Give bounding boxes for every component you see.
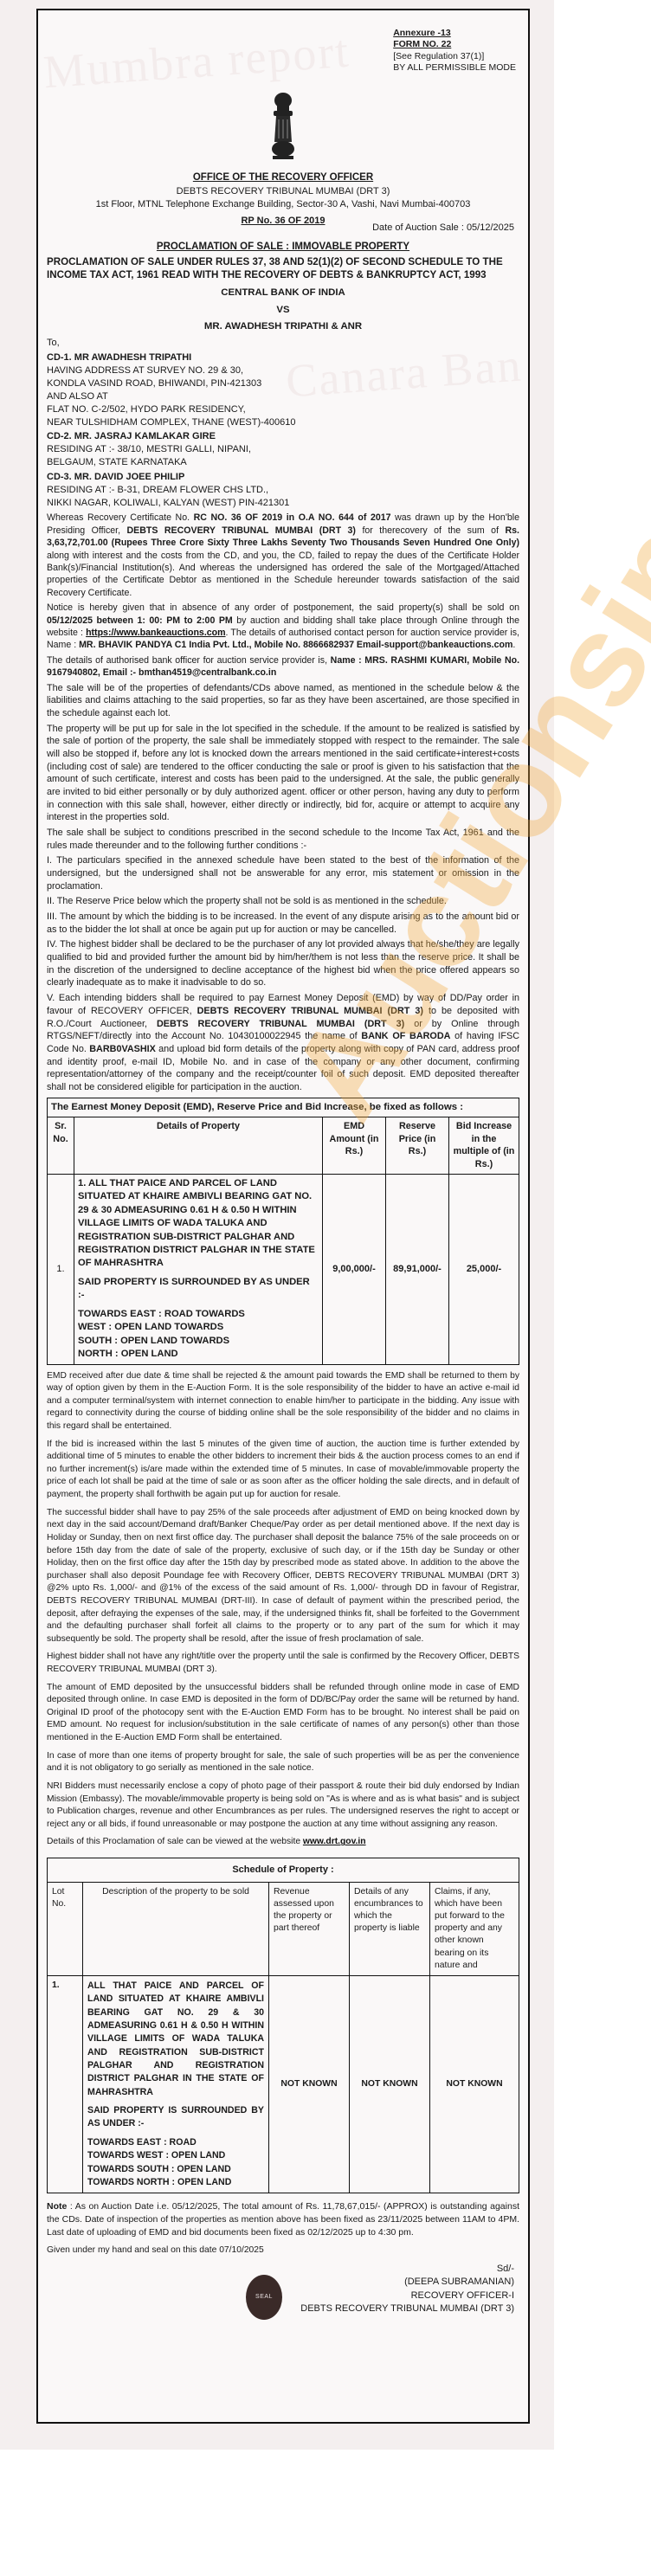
- proclamation-notice: Annexure -13 FORM NO. 22 [See Regulation…: [36, 9, 530, 2424]
- boundary-line: TOWARDS NORTH : OPEN LAND: [87, 2176, 264, 2189]
- surrounded-label: SAID PROPERTY IS SURROUNDED BY AS UNDER …: [87, 2104, 264, 2131]
- emd-amount-cell: 9,00,000/-: [323, 1174, 386, 1364]
- debtor-address-line: KONDLA VASIND ROAD, BHIWANDI, PIN-421303: [47, 377, 519, 390]
- col-revenue: Revenue assessed upon the property or pa…: [269, 1882, 350, 1975]
- property-description: ALL THAT PAICE AND PARCEL OF LAND SITUAT…: [87, 1980, 264, 2099]
- signature-block: SEAL Sd/- (DEEPA SUBRAMANIAN) RECOVERY O…: [47, 2263, 519, 2341]
- regulation-reference: [See Regulation 37(1)]: [393, 51, 516, 62]
- debtor-address-line: RESIDING AT :- 38/10, MESTRI GALLI, NIPA…: [47, 443, 519, 456]
- ifsc-code: BARB0VASHIX: [89, 1044, 156, 1054]
- put-up-paragraph: The property will be put up for sale in …: [47, 723, 519, 824]
- multiple-items-paragraph: In case of more than one items of proper…: [47, 1750, 519, 1775]
- condition-5: V. Each intending bidders shall be requi…: [47, 992, 519, 1093]
- national-emblem-icon: [266, 88, 300, 163]
- auction-website-link[interactable]: https://www.bankeauctions.com: [86, 628, 225, 638]
- condition-3: III. The amount by which the bidding is …: [47, 911, 519, 936]
- text-run: Notice is hereby given that in absence o…: [47, 602, 519, 613]
- emd-table-caption: The Earnest Money Deposit (EMD), Reserve…: [48, 1098, 519, 1117]
- boundary-line: WEST : OPEN LAND TOWARDS: [78, 1321, 319, 1334]
- defendant-name: MR. AWADHESH TRIPATHI & ANR: [47, 319, 519, 335]
- debtor-cd3: CD-3. MR. DAVID JOEE PHILIP RESIDING AT …: [47, 471, 519, 510]
- bid-increase-cell: 25,000/-: [449, 1174, 519, 1364]
- col-bid-increase: Bid Increase in the multiple of (in Rs.): [449, 1117, 519, 1175]
- details-paragraph: Details of this Proclamation of sale can…: [47, 1836, 519, 1849]
- tribunal-ref: DEBTS RECOVERY TRIBUNAL MUMBAI (DRT 3): [127, 525, 356, 536]
- reserve-price-cell: 89,91,000/-: [386, 1174, 449, 1364]
- description-cell: ALL THAT PAICE AND PARCEL OF LAND SITUAT…: [83, 1975, 269, 2193]
- text-run: .: [512, 640, 515, 650]
- whereas-paragraph: Whereas Recovery Certificate No. RC NO. …: [47, 512, 519, 599]
- boundary-line: SOUTH : OPEN LAND TOWARDS: [78, 1335, 319, 1348]
- debtor-name: CD-3. MR. DAVID JOEE PHILIP: [47, 471, 519, 484]
- debtor-address-line: AND ALSO AT: [47, 390, 519, 403]
- col-claims: Claims, if any, which have been put forw…: [430, 1882, 519, 1975]
- case-parties: CENTRAL BANK OF INDIA VS MR. AWADHESH TR…: [47, 285, 519, 335]
- drt-website-link[interactable]: www.drt.gov.in: [303, 1837, 366, 1846]
- emd-late-paragraph: EMD received after due date & time shall…: [47, 1370, 519, 1433]
- delivery-mode: BY ALL PERMISSIBLE MODE: [393, 62, 516, 74]
- boundary-line: TOWARDS SOUTH : OPEN LAND: [87, 2163, 264, 2176]
- boundary-line: TOWARDS EAST : ROAD: [87, 2136, 264, 2149]
- surrounded-label: SAID PROPERTY IS SURROUNDED BY AS UNDER …: [78, 1276, 319, 1303]
- claims-cell: NOT KNOWN: [430, 1975, 519, 2193]
- col-reserve: Reserve Price (in Rs.): [386, 1117, 449, 1175]
- debtor-cd2: CD-2. MR. JASRAJ KAMLAKAR GIRE RESIDING …: [47, 430, 519, 469]
- boundary-line: TOWARDS WEST : OPEN LAND: [87, 2149, 264, 2162]
- note-text: : As on Auction Date i.e. 05/12/2025, Th…: [47, 2201, 519, 2238]
- extension-paragraph: If the bid is increased within the last …: [47, 1439, 519, 1502]
- lot-no-cell: 1.: [48, 1975, 83, 2193]
- tribunal-ref: DEBTS RECOVERY TRIBUNAL MUMBAI (DRT 3): [197, 1006, 423, 1016]
- text-run: along with interest and the costs from t…: [47, 551, 519, 598]
- table-row: 1. 1. ALL THAT PAICE AND PARCEL OF LAND …: [48, 1174, 519, 1364]
- boundary-line: NORTH : OPEN LAND: [78, 1348, 319, 1361]
- boundary-line: TOWARDS EAST : ROAD TOWARDS: [78, 1308, 319, 1321]
- tribunal-name: DEBTS RECOVERY TRIBUNAL MUMBAI (DRT 3): [47, 185, 519, 198]
- to-label: To,: [47, 337, 519, 350]
- officer-title: RECOVERY OFFICER-I: [300, 2289, 514, 2303]
- text-run: Whereas Recovery Certificate No.: [47, 512, 194, 523]
- recovery-certificate-number: RC NO. 36 OF 2019 in O.A NO. 644 of 2017: [194, 512, 391, 523]
- case-row: RP No. 36 OF 2019 Date of Auction Sale :…: [47, 215, 519, 237]
- annexure-label: Annexure -13: [393, 28, 516, 39]
- col-details: Details of Property: [74, 1117, 323, 1175]
- schedule-caption: Schedule of Property :: [48, 1858, 519, 1882]
- nri-paragraph: NRI Bidders must necessarily enclose a c…: [47, 1781, 519, 1831]
- versus-label: VS: [47, 302, 519, 319]
- property-description: 1. ALL THAT PAICE AND PARCEL OF LAND SIT…: [78, 1177, 319, 1271]
- refund-paragraph: The amount of EMD deposited by the unsuc…: [47, 1682, 519, 1745]
- col-description: Description of the property to be sold: [83, 1882, 269, 1975]
- seal-label: SEAL: [255, 2293, 273, 2302]
- auction-contact: MR. BHAVIK PANDYA C1 India Pvt. Ltd., Mo…: [79, 640, 512, 650]
- proclamation-heading: PROCLAMATION OF SALE : IMMOVABLE PROPERT…: [47, 241, 519, 254]
- text-run: for therecovery of the sum of: [356, 525, 506, 536]
- officer-tribunal: DEBTS RECOVERY TRIBUNAL MUMBAI (DRT 3): [300, 2302, 514, 2316]
- office-address: 1st Floor, MTNL Telephone Exchange Build…: [47, 198, 519, 211]
- property-details-cell: 1. ALL THAT PAICE AND PARCEL OF LAND SIT…: [74, 1174, 323, 1364]
- form-number: FORM NO. 22: [393, 39, 516, 50]
- emd-table: The Earnest Money Deposit (EMD), Reserve…: [47, 1098, 519, 1365]
- col-emd: EMD Amount (in Rs.): [323, 1117, 386, 1175]
- bank-name: BANK OF BARODA: [361, 1031, 450, 1041]
- form-reference: Annexure -13 FORM NO. 22 [See Regulation…: [393, 28, 516, 74]
- debtor-address-line: BELGAUM, STATE KARNATAKA: [47, 456, 519, 469]
- debtor-name: CD-2. MR. JASRAJ KAMLAKAR GIRE: [47, 430, 519, 443]
- col-lot-no: Lot No.: [48, 1882, 83, 1975]
- officer-name: (DEEPA SUBRAMANIAN): [300, 2276, 514, 2289]
- debtor-address-line: FLAT NO. C-2/502, HYDO PARK RESIDENCY,: [47, 403, 519, 416]
- note-label: Note: [47, 2201, 67, 2212]
- condition-4: IV. The highest bidder shall be declared…: [47, 938, 519, 989]
- payment-paragraph: The successful bidder shall have to pay …: [47, 1507, 519, 1646]
- signatory: Sd/- (DEEPA SUBRAMANIAN) RECOVERY OFFICE…: [300, 2263, 514, 2316]
- col-sr-no: Sr. No.: [48, 1117, 74, 1175]
- plaintiff-name: CENTRAL BANK OF INDIA: [47, 285, 519, 301]
- debtor-address-line: RESIDING AT :- B-31, DREAM FLOWER CHS LT…: [47, 484, 519, 497]
- debtor-cd1: CD-1. MR AWADHESH TRIPATHI HAVING ADDRES…: [47, 351, 519, 428]
- proclamation-subheading: PROCLAMATION OF SALE UNDER RULES 37, 38 …: [47, 255, 519, 281]
- text-run: The details of authorised bank officer f…: [47, 655, 331, 666]
- given-under-text: Given under my hand and seal on this dat…: [47, 2244, 519, 2257]
- auction-time: 05/12/2025 between 1: 00: PM to 2:00 PM: [47, 615, 233, 626]
- revenue-cell: NOT KNOWN: [269, 1975, 350, 2193]
- seal-icon: SEAL: [246, 2275, 282, 2320]
- debtor-address-line: NEAR TULSHIDHAM COMPLEX, THANE (WEST)-40…: [47, 416, 519, 429]
- title-right-paragraph: Highest bidder shall not have any right/…: [47, 1651, 519, 1676]
- debtor-name: CD-1. MR AWADHESH TRIPATHI: [47, 351, 519, 364]
- sr-no-cell: 1.: [48, 1174, 74, 1364]
- subject-to-paragraph: The sale shall be subject to conditions …: [47, 827, 519, 852]
- tribunal-ref: DEBTS RECOVERY TRIBUNAL MUMBAI (DRT 3): [157, 1019, 404, 1029]
- notice-paragraph: Notice is hereby given that in absence o…: [47, 602, 519, 652]
- condition-1: I. The particulars specified in the anne…: [47, 854, 519, 892]
- debtor-address-line: NIKKI NAGAR, KOLIWALI, KALYAN (WEST) PIN…: [47, 497, 519, 510]
- sale-properties-paragraph: The sale will be of the properties of de…: [47, 682, 519, 720]
- col-encumbrances: Details of any encumbrances to which the…: [350, 1882, 430, 1975]
- signed-mark: Sd/-: [300, 2263, 514, 2277]
- debtor-address-line: HAVING ADDRESS AT SURVEY NO. 29 & 30,: [47, 364, 519, 377]
- bank-officer-paragraph: The details of authorised bank officer f…: [47, 654, 519, 679]
- text-run: Details of this Proclamation of sale can…: [47, 1837, 303, 1846]
- schedule-header: Lot No. Description of the property to b…: [48, 1882, 519, 1975]
- note-paragraph: Note : As on Auction Date i.e. 05/12/202…: [47, 2200, 519, 2239]
- emd-table-header: Sr. No. Details of Property EMD Amount (…: [48, 1117, 519, 1175]
- encumbrances-cell: NOT KNOWN: [350, 1975, 430, 2193]
- table-row: 1. ALL THAT PAICE AND PARCEL OF LAND SIT…: [48, 1975, 519, 2193]
- condition-2: II. The Reserve Price below which the pr…: [47, 895, 519, 908]
- auction-date: Date of Auction Sale : 05/12/2025: [372, 222, 514, 235]
- office-title: OFFICE OF THE RECOVERY OFFICER: [47, 171, 519, 185]
- schedule-table: Schedule of Property : Lot No. Descripti…: [47, 1858, 519, 2193]
